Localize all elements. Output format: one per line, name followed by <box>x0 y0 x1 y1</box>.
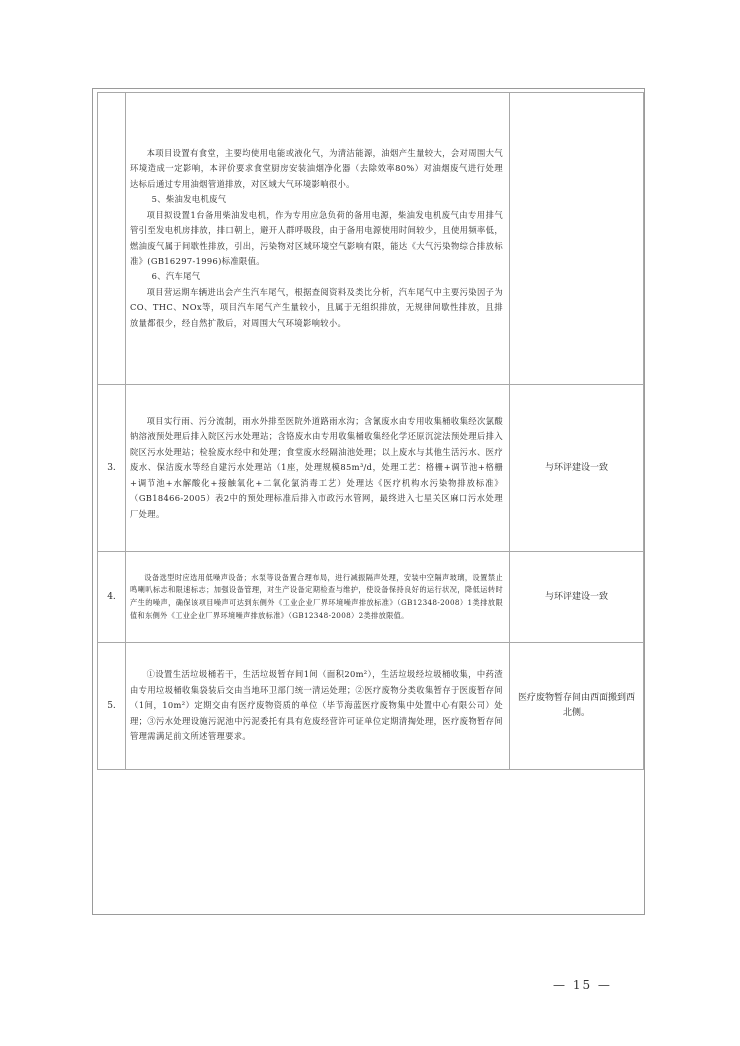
environmental-measures-table: 本项目设置有食堂，主要均使用电能或液化气，为清洁能源，油烟产生量较大，会对周围大… <box>97 92 644 770</box>
paragraph-diesel-generator: 项目拟设置1台备用柴油发电机，作为专用应急负荷的备用电源，柴油发电机废气由专用排… <box>130 208 503 270</box>
table-row: 本项目设置有食堂，主要均使用电能或液化气，为清洁能源，油烟产生量较大，会对周围大… <box>98 93 644 385</box>
status-text: 医疗废物暂存间由西面搬到西北侧。 <box>510 691 643 721</box>
row-index: 3. <box>98 385 126 552</box>
paragraph-noise: 设备选型时应选用低噪声设备；水泵等设备置合理布局，进行减振隔声处理，安装中空隔声… <box>130 572 503 623</box>
row-status: 与环评建设一致 <box>510 385 644 552</box>
row-index: 4. <box>98 552 126 643</box>
row-index <box>98 93 126 385</box>
paragraph-vehicle-exhaust: 项目营运期车辆进出会产生汽车尾气，根据查阅资料及类比分析，汽车尾气中主要污染因子… <box>130 285 503 331</box>
status-text: 与环评建设一致 <box>510 461 643 476</box>
status-text: 与环评建设一致 <box>510 590 643 605</box>
table-row: 3. 项目实行雨、污分流制，雨水外排至医院外道路雨水沟；含氰废水由专用收集桶收集… <box>98 385 644 552</box>
paragraph-solid-waste: ①设置生活垃圾桶若干，生活垃圾暂存间1间（面积20m²），生活垃圾经垃圾桶收集，… <box>130 667 503 744</box>
row-index: 5. <box>98 643 126 770</box>
page-number: — 15 — <box>553 978 612 992</box>
row-content: 设备选型时应选用低噪声设备；水泵等设备置合理布局，进行减振隔声处理，安装中空隔声… <box>126 552 510 643</box>
heading-diesel-generator: 5、柴油发电机废气 <box>130 192 503 207</box>
row-content: 本项目设置有食堂，主要均使用电能或液化气，为清洁能源，油烟产生量较大，会对周围大… <box>126 93 510 385</box>
paragraph-wastewater: 项目实行雨、污分流制，雨水外排至医院外道路雨水沟；含氰废水由专用收集桶收集经次氯… <box>130 414 503 522</box>
table-row: 5. ①设置生活垃圾桶若干，生活垃圾暂存间1间（面积20m²），生活垃圾经垃圾桶… <box>98 643 644 770</box>
paragraph-canteen-fumes: 本项目设置有食堂，主要均使用电能或液化气，为清洁能源，油烟产生量较大，会对周围大… <box>130 146 503 192</box>
row-status: 与环评建设一致 <box>510 552 644 643</box>
row-status: 医疗废物暂存间由西面搬到西北侧。 <box>510 643 644 770</box>
row-content: ①设置生活垃圾桶若干，生活垃圾暂存间1间（面积20m²），生活垃圾经垃圾桶收集，… <box>126 643 510 770</box>
row-status <box>510 93 644 385</box>
table-row: 4. 设备选型时应选用低噪声设备；水泵等设备置合理布局，进行减振隔声处理，安装中… <box>98 552 644 643</box>
row-content: 项目实行雨、污分流制，雨水外排至医院外道路雨水沟；含氰废水由专用收集桶收集经次氯… <box>126 385 510 552</box>
heading-vehicle-exhaust: 6、汽车尾气 <box>130 269 503 284</box>
